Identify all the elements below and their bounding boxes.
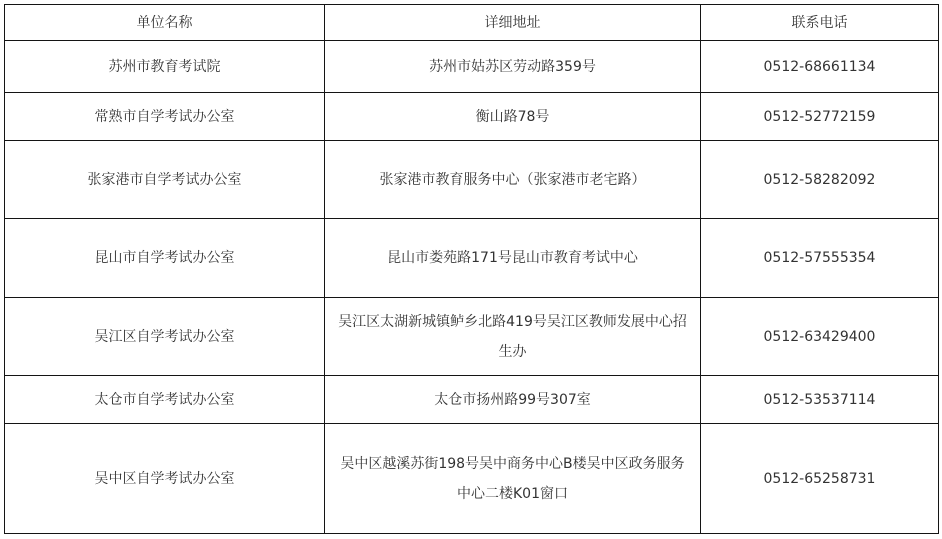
address-cell: 吴中区越溪苏街198号吴中商务中心B楼吴中区政务服务中心二楼K01窗口	[325, 424, 701, 534]
address-cell: 张家港市教育服务中心（张家港市老宅路）	[325, 141, 701, 219]
phone-cell: 0512-68661134	[701, 41, 939, 93]
table-row: 吴中区自学考试办公室 吴中区越溪苏街198号吴中商务中心B楼吴中区政务服务中心二…	[5, 424, 939, 534]
phone-cell: 0512-52772159	[701, 93, 939, 141]
address-cell: 衡山路78号	[325, 93, 701, 141]
phone-cell: 0512-63429400	[701, 298, 939, 376]
unit-name-cell: 太仓市自学考试办公室	[5, 376, 325, 424]
unit-name-cell: 苏州市教育考试院	[5, 41, 325, 93]
phone-cell: 0512-58282092	[701, 141, 939, 219]
unit-name-cell: 吴中区自学考试办公室	[5, 424, 325, 534]
unit-name-cell: 张家港市自学考试办公室	[5, 141, 325, 219]
table-row: 常熟市自学考试办公室 衡山路78号 0512-52772159	[5, 93, 939, 141]
contact-table-container: 单位名称 详细地址 联系电话 苏州市教育考试院 苏州市姑苏区劳动路359号 05…	[4, 4, 939, 534]
unit-name-cell: 昆山市自学考试办公室	[5, 219, 325, 298]
address-cell: 苏州市姑苏区劳动路359号	[325, 41, 701, 93]
table-header-row: 单位名称 详细地址 联系电话	[5, 5, 939, 41]
address-cell: 太仓市扬州路99号307室	[325, 376, 701, 424]
unit-name-cell: 常熟市自学考试办公室	[5, 93, 325, 141]
address-cell: 吴江区太湖新城镇鲈乡北路419号吴江区教师发展中心招生办	[325, 298, 701, 376]
table-row: 张家港市自学考试办公室 张家港市教育服务中心（张家港市老宅路） 0512-582…	[5, 141, 939, 219]
column-header-phone: 联系电话	[701, 5, 939, 41]
exam-office-contact-table: 单位名称 详细地址 联系电话 苏州市教育考试院 苏州市姑苏区劳动路359号 05…	[4, 4, 939, 534]
phone-cell: 0512-57555354	[701, 219, 939, 298]
column-header-unit-name: 单位名称	[5, 5, 325, 41]
phone-cell: 0512-65258731	[701, 424, 939, 534]
address-cell: 昆山市娄苑路171号昆山市教育考试中心	[325, 219, 701, 298]
unit-name-cell: 吴江区自学考试办公室	[5, 298, 325, 376]
table-row: 吴江区自学考试办公室 吴江区太湖新城镇鲈乡北路419号吴江区教师发展中心招生办 …	[5, 298, 939, 376]
table-row: 苏州市教育考试院 苏州市姑苏区劳动路359号 0512-68661134	[5, 41, 939, 93]
phone-cell: 0512-53537114	[701, 376, 939, 424]
table-row: 昆山市自学考试办公室 昆山市娄苑路171号昆山市教育考试中心 0512-5755…	[5, 219, 939, 298]
column-header-address: 详细地址	[325, 5, 701, 41]
table-row: 太仓市自学考试办公室 太仓市扬州路99号307室 0512-53537114	[5, 376, 939, 424]
